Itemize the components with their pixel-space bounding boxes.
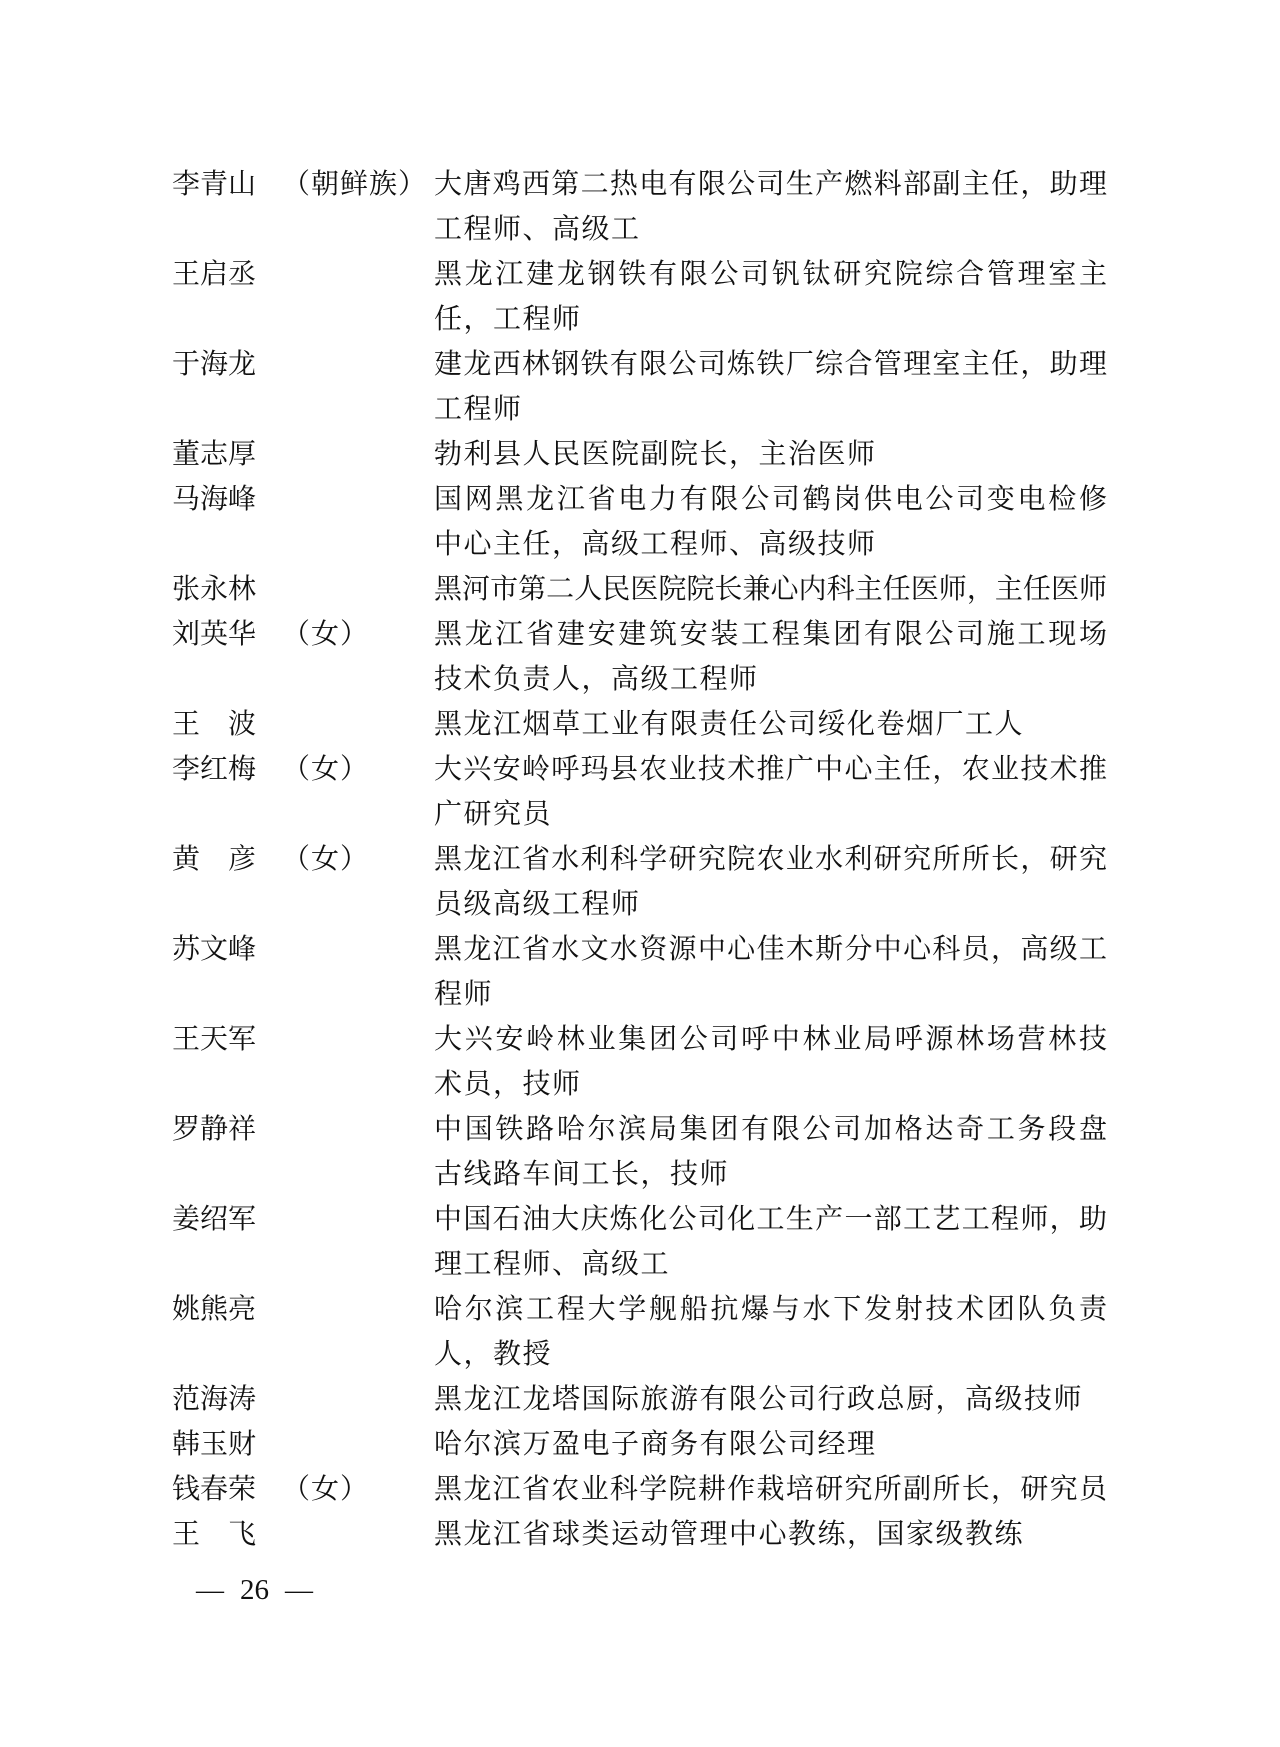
description-line: 术员，技师 xyxy=(434,1062,1107,1107)
person-description: 黑龙江龙塔国际旅游有限公司行政总厨，高级技师 xyxy=(434,1377,1107,1422)
description-line: 黑龙江龙塔国际旅游有限公司行政总厨，高级技师 xyxy=(434,1377,1107,1422)
person-name: 王启丞 xyxy=(172,252,256,297)
list-entry: 王启丞 黑龙江建龙钢铁有限公司钒钛研究院综合管理室主任，工程师 xyxy=(172,252,1107,342)
person-description: 中国石油大庆炼化公司化工生产一部工艺工程师，助理工程师、高级工 xyxy=(434,1197,1107,1287)
list-entry: 张永林 黑河市第二人民医院院长兼心内科主任医师，主任医师 xyxy=(172,567,1107,612)
description-line: 黑龙江烟草工业有限责任公司绥化卷烟厂工人 xyxy=(434,702,1107,747)
list-entry: 王 飞 黑龙江省球类运动管理中心教练，国家级教练 xyxy=(172,1512,1107,1557)
person-name: 董志厚 xyxy=(172,432,256,477)
list-entry: 罗静祥 中国铁路哈尔滨局集团有限公司加格达奇工务段盘古线路车间工长，技师 xyxy=(172,1107,1107,1197)
person-description: 中国铁路哈尔滨局集团有限公司加格达奇工务段盘古线路车间工长，技师 xyxy=(434,1107,1107,1197)
list-entry: 姜绍军 中国石油大庆炼化公司化工生产一部工艺工程师，助理工程师、高级工 xyxy=(172,1197,1107,1287)
person-annotation: （朝鲜族） xyxy=(282,162,427,207)
list-entry: 李青山 （朝鲜族） 大唐鸡西第二热电有限公司生产燃料部副主任，助理工程师、高级工 xyxy=(172,162,1107,252)
description-line: 勃利县人民医院副院长，主治医师 xyxy=(434,432,1107,477)
description-line: 理工程师、高级工 xyxy=(434,1242,1107,1287)
description-line: 黑龙江省球类运动管理中心教练，国家级教练 xyxy=(434,1512,1107,1557)
description-line: 程师 xyxy=(434,972,1107,1017)
description-line: 工程师 xyxy=(434,387,1107,432)
description-line: 大兴安岭呼玛县农业技术推广中心主任，农业技术推 xyxy=(434,747,1107,792)
person-description: 哈尔滨万盈电子商务有限公司经理 xyxy=(434,1422,1107,1467)
list-entry: 李红梅 （女） 大兴安岭呼玛县农业技术推广中心主任，农业技术推广研究员 xyxy=(172,747,1107,837)
person-name: 张永林 xyxy=(172,567,256,612)
person-name: 黄 彦 xyxy=(172,837,256,882)
person-name: 姚熊亮 xyxy=(172,1287,256,1332)
description-line: 哈尔滨工程大学舰船抗爆与水下发射技术团队负责 xyxy=(434,1287,1107,1332)
description-line: 技术负责人，高级工程师 xyxy=(434,657,1107,702)
person-name: 王 飞 xyxy=(172,1512,256,1557)
list-entry: 钱春荣 （女） 黑龙江省农业科学院耕作栽培研究所副所长，研究员 xyxy=(172,1467,1107,1512)
description-line: 黑龙江省水利科学研究院农业水利研究所所长，研究 xyxy=(434,837,1107,882)
person-description: 哈尔滨工程大学舰船抗爆与水下发射技术团队负责人，教授 xyxy=(434,1287,1107,1377)
description-line: 建龙西林钢铁有限公司炼铁厂综合管理室主任，助理 xyxy=(434,342,1107,387)
person-name: 姜绍军 xyxy=(172,1197,256,1242)
description-line: 古线路车间工长，技师 xyxy=(434,1152,1107,1197)
description-line: 任，工程师 xyxy=(434,297,1107,342)
description-line: 中心主任，高级工程师、高级技师 xyxy=(434,522,1107,567)
description-line: 中国石油大庆炼化公司化工生产一部工艺工程师，助 xyxy=(434,1197,1107,1242)
person-name: 韩玉财 xyxy=(172,1422,256,1467)
person-name: 刘英华 xyxy=(172,612,256,657)
person-description: 黑龙江省建安建筑安装工程集团有限公司施工现场技术负责人，高级工程师 xyxy=(434,612,1107,702)
description-line: 黑龙江省水文水资源中心佳木斯分中心科员，高级工 xyxy=(434,927,1107,972)
person-name: 苏文峰 xyxy=(172,927,256,972)
person-name: 马海峰 xyxy=(172,477,256,522)
description-line: 黑河市第二人民医院院长兼心内科主任医师，主任医师 xyxy=(434,567,1107,612)
list-entry: 姚熊亮 哈尔滨工程大学舰船抗爆与水下发射技术团队负责人，教授 xyxy=(172,1287,1107,1377)
person-description: 大唐鸡西第二热电有限公司生产燃料部副主任，助理工程师、高级工 xyxy=(434,162,1107,252)
person-annotation: （女） xyxy=(282,837,369,882)
person-description: 黑龙江省水利科学研究院农业水利研究所所长，研究员级高级工程师 xyxy=(434,837,1107,927)
person-description: 建龙西林钢铁有限公司炼铁厂综合管理室主任，助理工程师 xyxy=(434,342,1107,432)
award-recipient-list: 李青山 （朝鲜族） 大唐鸡西第二热电有限公司生产燃料部副主任，助理工程师、高级工… xyxy=(172,162,1107,1557)
person-name: 王天军 xyxy=(172,1017,256,1062)
list-entry: 范海涛 黑龙江龙塔国际旅游有限公司行政总厨，高级技师 xyxy=(172,1377,1107,1422)
person-name: 罗静祥 xyxy=(172,1107,256,1152)
person-description: 黑龙江省水文水资源中心佳木斯分中心科员，高级工程师 xyxy=(434,927,1107,1017)
person-name: 钱春荣 xyxy=(172,1467,256,1512)
description-line: 黑龙江建龙钢铁有限公司钒钛研究院综合管理室主 xyxy=(434,252,1107,297)
description-line: 员级高级工程师 xyxy=(434,882,1107,927)
description-line: 工程师、高级工 xyxy=(434,207,1107,252)
list-entry: 董志厚 勃利县人民医院副院长，主治医师 xyxy=(172,432,1107,477)
description-line: 人，教授 xyxy=(434,1332,1107,1377)
person-name: 王 波 xyxy=(172,702,256,747)
person-annotation: （女） xyxy=(282,747,369,792)
page-footer: — 26 — xyxy=(196,1568,313,1613)
person-name: 于海龙 xyxy=(172,342,256,387)
person-description: 黑河市第二人民医院院长兼心内科主任医师，主任医师 xyxy=(434,567,1107,612)
description-line: 国网黑龙江省电力有限公司鹤岗供电公司变电检修 xyxy=(434,477,1107,522)
person-description: 勃利县人民医院副院长，主治医师 xyxy=(434,432,1107,477)
person-description: 黑龙江省农业科学院耕作栽培研究所副所长，研究员 xyxy=(434,1467,1107,1512)
person-annotation: （女） xyxy=(282,612,369,657)
person-annotation: （女） xyxy=(282,1467,369,1512)
document-page: 李青山 （朝鲜族） 大唐鸡西第二热电有限公司生产燃料部副主任，助理工程师、高级工… xyxy=(0,0,1280,1747)
description-line: 大兴安岭林业集团公司呼中林业局呼源林场营林技 xyxy=(434,1017,1107,1062)
person-description: 黑龙江省球类运动管理中心教练，国家级教练 xyxy=(434,1512,1107,1557)
person-description: 黑龙江烟草工业有限责任公司绥化卷烟厂工人 xyxy=(434,702,1107,747)
footer-dash-left: — xyxy=(196,1575,224,1607)
person-description: 大兴安岭呼玛县农业技术推广中心主任，农业技术推广研究员 xyxy=(434,747,1107,837)
page-number: 26 xyxy=(240,1574,269,1607)
person-description: 国网黑龙江省电力有限公司鹤岗供电公司变电检修中心主任，高级工程师、高级技师 xyxy=(434,477,1107,567)
description-line: 哈尔滨万盈电子商务有限公司经理 xyxy=(434,1422,1107,1467)
person-name: 李红梅 xyxy=(172,747,256,792)
list-entry: 刘英华 （女） 黑龙江省建安建筑安装工程集团有限公司施工现场技术负责人，高级工程… xyxy=(172,612,1107,702)
footer-dash-right: — xyxy=(285,1575,313,1607)
list-entry: 王 波 黑龙江烟草工业有限责任公司绥化卷烟厂工人 xyxy=(172,702,1107,747)
person-description: 大兴安岭林业集团公司呼中林业局呼源林场营林技术员，技师 xyxy=(434,1017,1107,1107)
person-name: 李青山 xyxy=(172,162,256,207)
description-line: 黑龙江省建安建筑安装工程集团有限公司施工现场 xyxy=(434,612,1107,657)
list-entry: 黄 彦 （女） 黑龙江省水利科学研究院农业水利研究所所长，研究员级高级工程师 xyxy=(172,837,1107,927)
description-line: 中国铁路哈尔滨局集团有限公司加格达奇工务段盘 xyxy=(434,1107,1107,1152)
list-entry: 王天军 大兴安岭林业集团公司呼中林业局呼源林场营林技术员，技师 xyxy=(172,1017,1107,1107)
person-name: 范海涛 xyxy=(172,1377,256,1422)
person-description: 黑龙江建龙钢铁有限公司钒钛研究院综合管理室主任，工程师 xyxy=(434,252,1107,342)
list-entry: 于海龙 建龙西林钢铁有限公司炼铁厂综合管理室主任，助理工程师 xyxy=(172,342,1107,432)
list-entry: 马海峰 国网黑龙江省电力有限公司鹤岗供电公司变电检修中心主任，高级工程师、高级技… xyxy=(172,477,1107,567)
description-line: 广研究员 xyxy=(434,792,1107,837)
list-entry: 苏文峰 黑龙江省水文水资源中心佳木斯分中心科员，高级工程师 xyxy=(172,927,1107,1017)
list-entry: 韩玉财 哈尔滨万盈电子商务有限公司经理 xyxy=(172,1422,1107,1467)
description-line: 黑龙江省农业科学院耕作栽培研究所副所长，研究员 xyxy=(434,1467,1107,1512)
description-line: 大唐鸡西第二热电有限公司生产燃料部副主任，助理 xyxy=(434,162,1107,207)
